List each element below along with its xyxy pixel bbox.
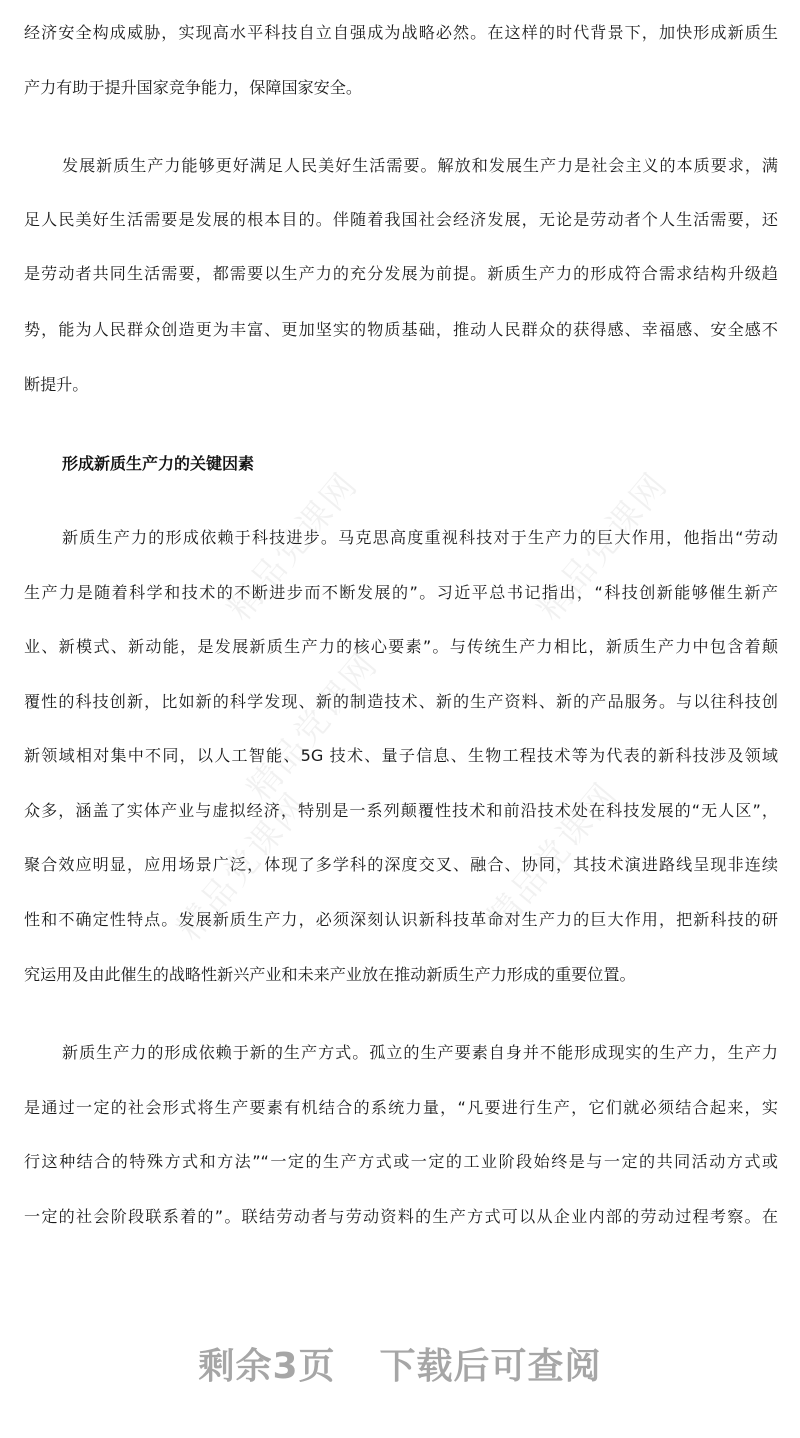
paragraph-line: 众多，涵盖了实体产业与虚拟经济，特别是一系列颠覆性技术和前沿技术处在科技发展的“… [24,801,778,821]
paragraph-line: 聚合效应明显，应用场景广泛，体现了多学科的深度交叉、融合、协同，其技术演进路线呈… [24,855,778,875]
paragraph-line: 足人民美好生活需要是发展的根本目的。伴随着我国社会经济发展，无论是劳动者个人生活… [24,210,778,230]
paragraph-line: 产力有助于提升国家竞争能力，保障国家安全。 [24,78,778,98]
paragraph-line: 发展新质生产力能够更好满足人民美好生活需要。解放和发展生产力是社会主义的本质要求… [62,156,778,176]
paragraph-line: 新质生产力的形成依赖于新的生产方式。孤立的生产要素自身并不能形成现实的生产力，生… [62,1043,778,1063]
paragraph-line: 是通过一定的社会形式将生产要素有机结合的系统力量，“凡要进行生产，它们就必须结合… [24,1098,778,1118]
paragraph-line: 一定的社会阶段联系着的”。联结劳动者与劳动资料的生产方式可以从企业内部的劳动过程… [24,1207,778,1227]
download-prompt[interactable]: 剩余3页下载后可查阅 [0,1338,800,1389]
paragraph-line: 覆性的科技创新，比如新的科学发现、新的制造技术、新的生产资料、新的产品服务。与以… [24,692,778,712]
paragraph-line: 性和不确定性特点。发展新质生产力，必须深刻认识新科技革命对生产力的巨大作用，把新… [24,910,778,930]
document-page: 精品党课网 精品党课网 精品党课网 精品党课网 精品党课网 经济安全构成威胁，实… [0,0,800,1438]
paragraph-line: 业、新模式、新动能，是发展新质生产力的核心要素”。与传统生产力相比，新质生产力中… [24,637,778,657]
paragraph-line: 势，能为人民群众创造更为丰富、更加坚实的物质基础，推动人民群众的获得感、幸福感、… [24,320,778,340]
paragraph-line: 究运用及由此催生的战略性新兴产业和未来产业放在推动新质生产力形成的重要位置。 [24,965,778,985]
paragraph-line: 断提升。 [24,375,778,395]
download-to-view-label[interactable]: 下载后可查阅 [380,1346,602,1387]
section-heading: 形成新质生产力的关键因素 [62,454,254,474]
paragraph-line: 新领域相对集中不同，以人工智能、5G 技术、量子信息、生物工程技术等为代表的新科… [24,746,778,766]
paragraph-line: 生产力是随着科学和技术的不断进步而不断发展的”。习近平总书记指出，“科技创新能够… [24,583,778,603]
remaining-pages-label: 剩余3页 [198,1346,335,1387]
paragraph-line: 经济安全构成威胁，实现高水平科技自立自强成为战略必然。在这样的时代背景下，加快形… [24,23,778,43]
paragraph-line: 新质生产力的形成依赖于科技进步。马克思高度重视科技对于生产力的巨大作用，他指出“… [62,528,778,548]
paragraph-line: 是劳动者共同生活需要，都需要以生产力的充分发展为前提。新质生产力的形成符合需求结… [24,264,778,284]
watermark: 精品党课网 [233,640,386,809]
paragraph-line: 行这种结合的特殊方式和方法”“一定的生产方式或一定的工业阶段始终是与一定的共同活… [24,1152,778,1172]
